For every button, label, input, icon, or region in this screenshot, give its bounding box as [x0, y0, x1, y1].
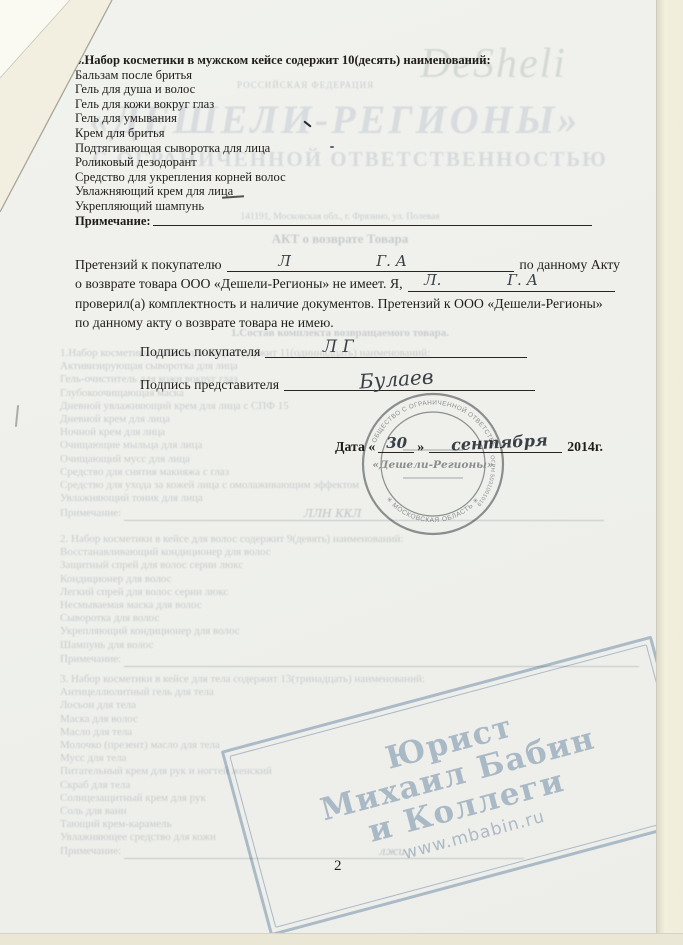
company-round-stamp: ОБЩЕСТВО С ОГРАНИЧЕННОЙ ОТВЕТСТВЕННОСТЬЮ…	[357, 388, 509, 540]
claims-line3: проверил(а) комплектность и наличие доку…	[75, 294, 620, 313]
ghost-section-2: 2. Набор косметики в кейсе для волос сод…	[60, 533, 403, 652]
claims-line1-text: Претензий к покупателю	[75, 255, 222, 274]
list-item: Шампунь для волос	[60, 639, 403, 652]
list-item: Укрепляющий шампунь	[75, 199, 597, 214]
list-item: Защитный спрей для волос серии люкс	[60, 559, 403, 572]
list-item: Подтягивающая сыворотка для лица	[75, 141, 597, 156]
handwriting-initial: Л.	[424, 271, 441, 290]
svg-text:ОБЩЕСТВО С ОГРАНИЧЕННОЙ ОТВЕТС: ОБЩЕСТВО С ОГРАНИЧЕННОЙ ОТВЕТСТВЕННОСТЬЮ	[357, 388, 497, 448]
list-item: Антицеллюлитный гель для тела	[60, 686, 425, 699]
list-item: 3. Набор косметики в кейсе для тела соде…	[60, 673, 425, 686]
list-item: Средство для укрепления корней волос	[75, 170, 597, 185]
list-item: Роликовый дезодорант	[75, 155, 597, 170]
stamp-top-arc-text: ОБЩЕСТВО С ОГРАНИЧЕННОЙ ОТВЕТСТВЕННОСТЬЮ	[357, 388, 497, 448]
handwriting-initial: Г. А	[376, 252, 407, 271]
claims-line4: по данному акту о возврате товара не име…	[75, 313, 620, 332]
claims-blank-1: Л Г. А	[227, 271, 515, 272]
men-kit-heading: 4.Набор косметики в мужском кейсе содерж…	[75, 53, 597, 68]
list-item: Увлажняющий крем для лица	[75, 184, 597, 199]
svg-text:✳ МОСКОВСКАЯ ОБЛАСТЬ ✳: ✳ МОСКОВСКАЯ ОБЛАСТЬ ✳	[385, 495, 481, 524]
claims-line2-text: о возврате товара ООО «Дешели-Регионы» н…	[75, 274, 403, 293]
buyer-signature-handwriting: Л Г	[323, 337, 354, 357]
scanned-document-page: DeSheli РОССИЙСКАЯ ФЕДЕРАЦИЯ «ДЕШЕЛИ-РЕГ…	[0, 0, 683, 945]
list-item: Несмываемая маска для волос	[60, 599, 403, 612]
list-item: Легкий спрей для волос серии люкс	[60, 586, 403, 599]
handwriting-initial: Л	[278, 252, 291, 271]
scan-bottom-edge	[0, 933, 683, 945]
list-item: Сыворотка для волос	[60, 612, 403, 625]
list-item: Восстанавливающий кондиционер для волос	[60, 546, 403, 559]
buyer-signature-row: Подпись покупателя Л Г	[140, 344, 532, 360]
stamp-center-text: «Дешели-Регионы»	[372, 459, 493, 471]
buyer-signature-label: Подпись покупателя	[140, 344, 260, 360]
pen-mark	[330, 146, 334, 148]
note-blank-line	[153, 225, 592, 226]
note-row: Примечание:	[75, 214, 597, 229]
list-item: Гель для душа и волос	[75, 82, 597, 97]
ghost-note-1: Примечание: ЛЛН ККЛ	[60, 507, 604, 521]
list-item: Крем для бритья	[75, 126, 597, 141]
list-item: Гель для умывания	[75, 111, 597, 126]
list-item: Бальзам после бритья	[75, 68, 597, 83]
date-year: 2014г.	[567, 439, 603, 455]
handwriting-initial: Г. А	[507, 271, 538, 290]
representative-signature-label: Подпись представителя	[140, 377, 279, 393]
list-item: Укрепляющий кондиционер для волос	[60, 625, 403, 638]
ghost-act-title: АКТ о возврате Товара	[60, 231, 620, 247]
list-item: 2. Набор косметики в кейсе для волос сод…	[60, 533, 403, 546]
list-item: Гель для кожи вокруг глаз	[75, 97, 597, 112]
claims-paragraph: Претензий к покупателю Л Г. А по данному…	[75, 255, 620, 333]
list-item: Кондиционер для волос	[60, 573, 403, 586]
men-kit-section: 4.Набор косметики в мужском кейсе содерж…	[75, 53, 597, 228]
page-corner-fold	[0, 0, 140, 230]
stamp-bottom-arc-text: ✳ МОСКОВСКАЯ ОБЛАСТЬ ✳	[385, 495, 481, 524]
men-kit-items: Бальзам после бритьяГель для душа и воло…	[75, 68, 597, 214]
buyer-signature-line: Л Г	[265, 357, 527, 358]
scan-right-edge	[656, 0, 683, 945]
claims-blank-2: Л. Г. А	[408, 291, 615, 292]
pen-mark	[15, 405, 19, 427]
